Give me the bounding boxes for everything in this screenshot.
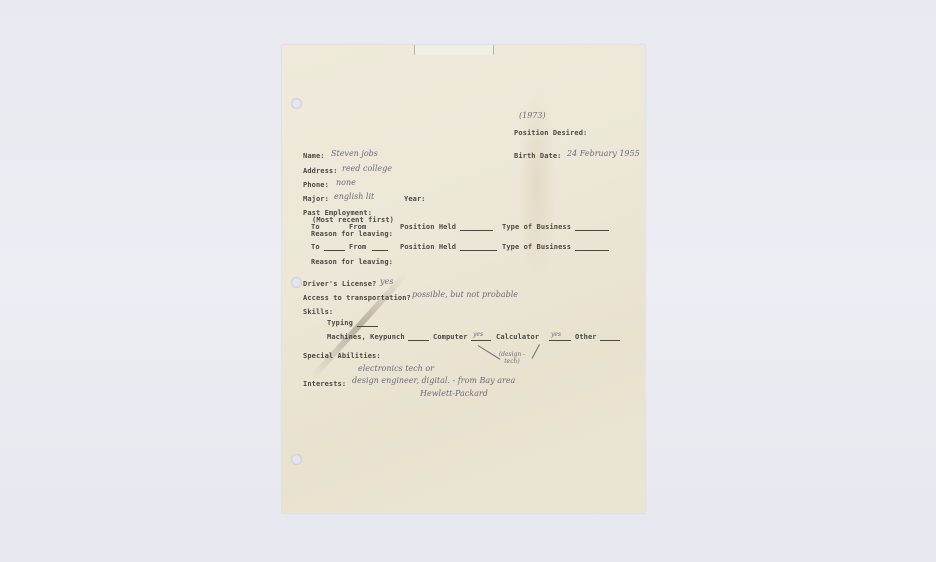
interests-value: design engineer, digital. - from Bay are… — [352, 376, 515, 385]
position-desired-label: Position Desired: — [514, 129, 587, 137]
machines-blank — [408, 340, 429, 341]
drivers-license-label: Driver's License? — [303, 280, 376, 288]
interests-value-2: Hewlett-Packard — [420, 389, 488, 398]
other-label: Other — [575, 333, 597, 341]
birth-date-value: 24 February 1955 — [567, 149, 640, 158]
punch-hole — [291, 454, 302, 465]
annotation-arrow-right — [532, 344, 540, 359]
emp2-business-blank — [575, 250, 609, 251]
phone-value: none — [336, 178, 356, 187]
punch-hole — [291, 98, 302, 109]
birth-date-label: Birth Date: — [514, 152, 561, 160]
address-label: Address: — [303, 167, 338, 175]
emp1-reason: Reason for leaving: — [311, 230, 393, 238]
transportation-value: possible, but not probable — [412, 290, 518, 299]
emp2-position-blank — [460, 250, 497, 251]
computer-label: Computer — [433, 333, 468, 341]
major-value: english lit — [334, 192, 374, 201]
typing-blank — [357, 326, 378, 327]
calculator-blank — [549, 340, 571, 341]
emp1-business-blank — [575, 230, 609, 231]
interests-label: Interests: — [303, 380, 346, 388]
name-label: Name: — [303, 152, 325, 160]
emp2-position: Position Held — [400, 243, 456, 251]
skills-label: Skills: — [303, 308, 333, 316]
special-abilities-value: electronics tech or — [358, 364, 434, 373]
year-label: Year: — [404, 195, 426, 203]
typing-label: Typing — [327, 319, 353, 327]
application-paper: (1973) Position Desired: Name: Steven jo… — [282, 45, 645, 513]
emp2-from: From — [349, 243, 366, 251]
phone-label: Phone: — [303, 181, 329, 189]
date-note: (1973) — [519, 111, 546, 120]
other-blank — [600, 340, 620, 341]
emp2-to: To — [311, 243, 320, 251]
design-tech-note: (design - tech) — [494, 351, 530, 365]
emp1-business: Type of Business — [502, 223, 571, 231]
emp2-business: Type of Business — [502, 243, 571, 251]
emp2-to-blank — [324, 250, 345, 251]
address-value: reed college — [342, 164, 392, 173]
major-label: Major: — [303, 195, 329, 203]
computer-blank — [471, 340, 491, 341]
emp2-from-blank — [372, 250, 388, 251]
transportation-label: Access to transportation? — [303, 294, 411, 302]
special-abilities-label: Special Abilities: — [303, 352, 381, 360]
name-value: Steven jobs — [331, 149, 378, 158]
punch-hole — [291, 277, 302, 288]
drivers-license-value: yes — [380, 277, 393, 286]
tape-strip — [414, 45, 494, 55]
calculator-value: yes — [551, 331, 561, 338]
emp2-reason: Reason for leaving: — [311, 258, 393, 266]
emp1-position-blank — [460, 230, 493, 231]
machines-label: Machines, Keypunch — [327, 333, 405, 341]
calculator-label: Calculator — [496, 333, 539, 341]
emp1-position: Position Held — [400, 223, 456, 231]
computer-value: yes — [473, 331, 483, 338]
